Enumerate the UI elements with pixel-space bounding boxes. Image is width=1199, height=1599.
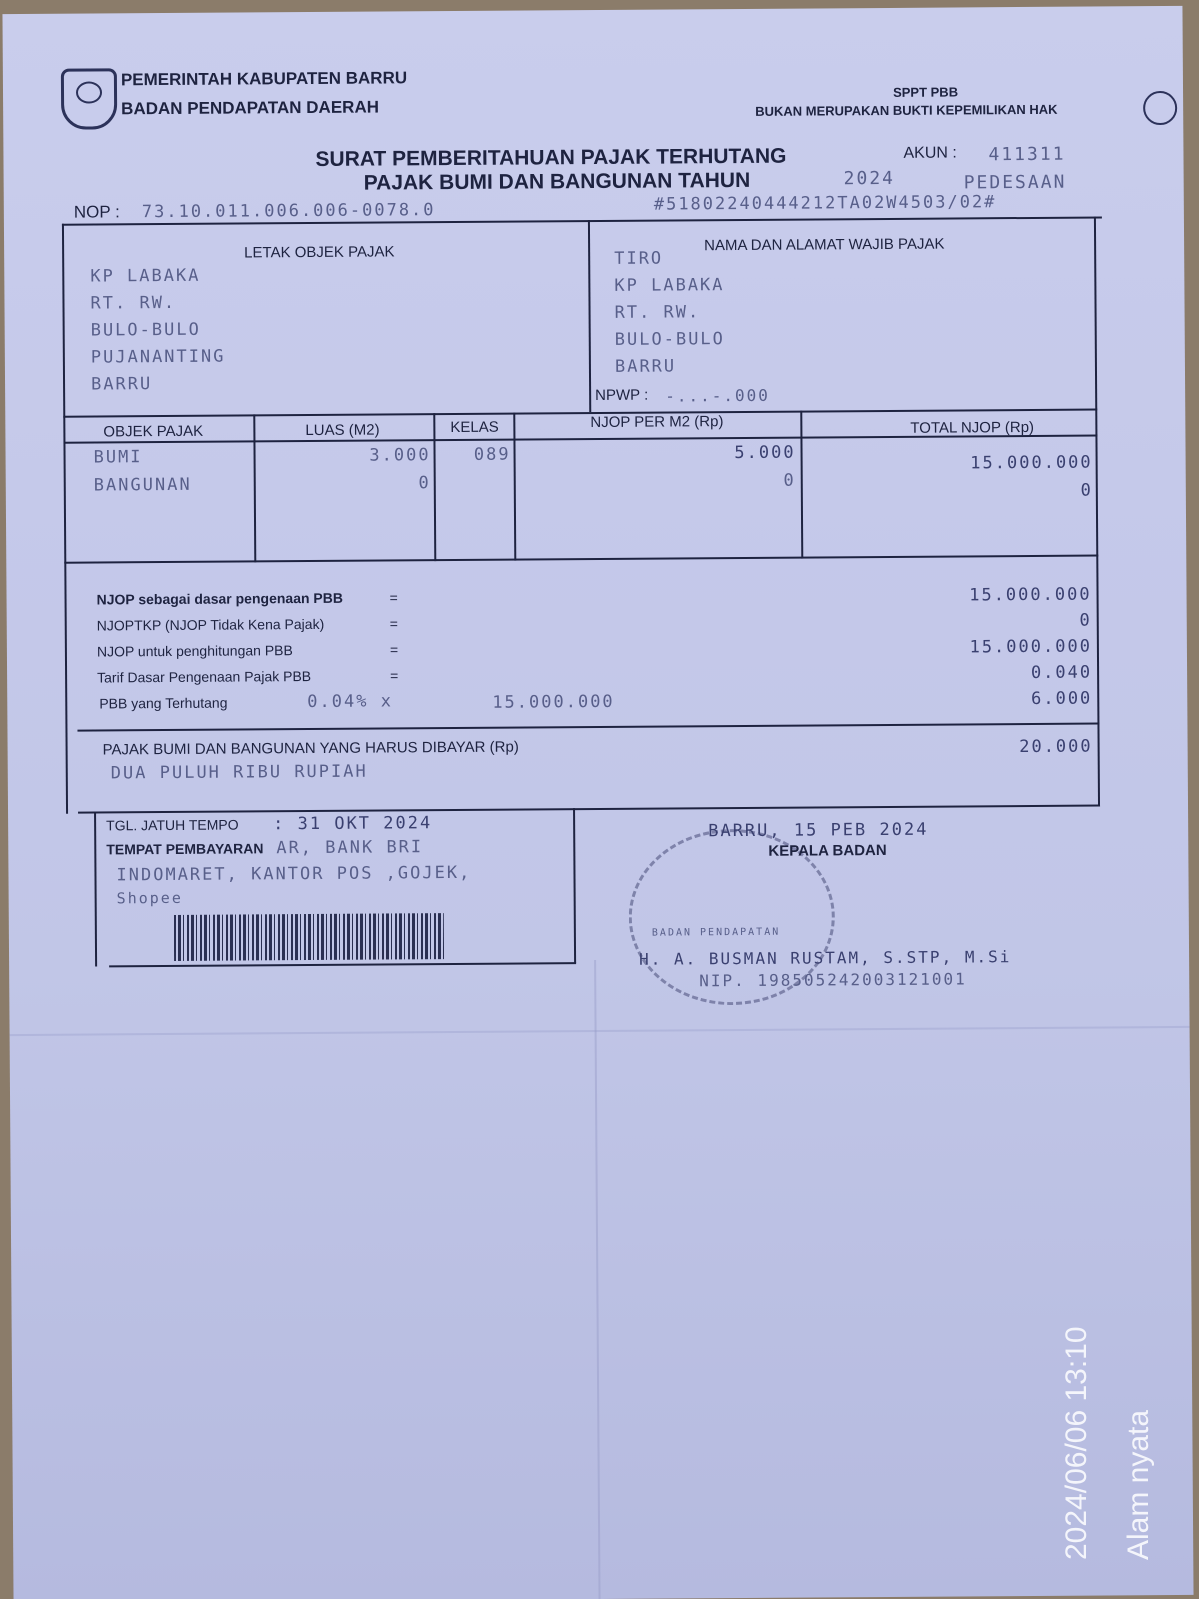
column-header-total-njop: TOTAL NJOP (Rp) xyxy=(910,419,1034,437)
reference-code: #51802240444212TA02W4503/02# xyxy=(654,192,997,214)
divider xyxy=(94,812,97,967)
calc-label: NJOPTKP (NJOP Tidak Kena Pajak) xyxy=(97,616,325,634)
location-line: RT. RW. xyxy=(90,290,225,318)
divider xyxy=(77,722,1099,731)
calc-label: PBB yang Terhutang xyxy=(99,695,227,712)
photo-caption: Alam nyata xyxy=(1122,1410,1156,1560)
row-njop-m2: 5.000 xyxy=(515,443,795,465)
pbb-base: 15.000.000 xyxy=(492,692,614,713)
payment-place-label: TEMPAT PEMBAYARAN xyxy=(106,840,263,857)
divider xyxy=(63,409,1097,418)
ownership-disclaimer: BUKAN MERUPAKAN BUKTI KEPEMILIKAN HAK xyxy=(755,102,1057,119)
npwp-label: NPWP : xyxy=(595,387,648,404)
due-date-value: : 31 OKT 2024 xyxy=(273,813,432,834)
location-line: PUJANANTING xyxy=(91,344,226,372)
calc-equals: = xyxy=(390,667,398,683)
location-heading: LETAK OBJEK PAJAK xyxy=(244,243,394,261)
divider xyxy=(573,808,576,963)
row-luas: 3.000 xyxy=(255,445,430,466)
barcode xyxy=(174,913,444,961)
divider xyxy=(588,220,591,412)
location-line: KP LABAKA xyxy=(90,263,225,291)
nop-label: NOP : xyxy=(74,202,120,222)
calc-value: 15.000.000 xyxy=(837,637,1092,659)
stamp-text: BADAN PENDAPATAN xyxy=(652,927,780,939)
location-line: BULO-BULO xyxy=(91,317,226,345)
calc-label: Tarif Dasar Pengenaan Pajak PBB xyxy=(97,668,311,685)
column-header-objek: OBJEK PAJAK xyxy=(103,423,203,441)
tax-year: 2024 xyxy=(844,168,896,189)
calc-value: 0.040 xyxy=(837,663,1092,685)
taxpayer-address: TIRO KP LABAKA RT. RW. BULO-BULO BARRU xyxy=(614,245,725,381)
pbb-rate: 0.04% x xyxy=(307,691,393,712)
registration-mark-icon xyxy=(1143,91,1177,125)
calculation-section: NJOP sebagai dasar pengenaan PBB NJOPTKP… xyxy=(2,6,1182,14)
divider xyxy=(109,962,576,967)
row-luas: 0 xyxy=(256,473,431,494)
row-total-njop: 15.000.000 xyxy=(803,453,1093,475)
calc-value: 15.000.000 xyxy=(836,585,1091,607)
taxpayer-line: BULO-BULO xyxy=(615,326,725,354)
table-row: BANGUNAN 0 0 0 xyxy=(2,6,1182,14)
row-kelas xyxy=(436,473,511,474)
taxpayer-line: BARRU xyxy=(615,353,725,381)
paper-fold-horizontal xyxy=(10,1026,1190,1036)
npwp-value: -...-.000 xyxy=(665,386,770,406)
payment-place-line: AR, BANK BRI xyxy=(276,837,423,858)
calc-label: NJOP sebagai dasar pengenaan PBB xyxy=(97,590,343,608)
akun-label: AKUN : xyxy=(903,144,956,162)
akun-value: 411311 xyxy=(988,144,1065,166)
location-address: KP LABAKA RT. RW. BULO-BULO PUJANANTING … xyxy=(90,263,226,399)
calc-equals: = xyxy=(390,615,398,631)
calc-value: 0 xyxy=(837,611,1092,633)
signature-place-date: BARRU, 15 PEB 2024 xyxy=(708,820,928,842)
signatory-name: H. A. BUSMAN RUSTAM, S.STP, M.Si xyxy=(639,947,1011,969)
nop-value: 73.10.011.006.006-0078.0 xyxy=(142,200,436,222)
divider xyxy=(62,224,68,814)
payment-place-line: INDOMARET, KANTOR POS ,GOJEK, xyxy=(116,863,471,885)
location-line: BARRU xyxy=(91,371,226,399)
tax-document-paper: PEMERINTAH KABUPATEN BARRU BADAN PENDAPA… xyxy=(2,6,1193,1599)
row-objek: BUMI xyxy=(93,447,142,467)
divider xyxy=(64,555,1098,564)
divider xyxy=(1094,217,1100,807)
signatory-nip: NIP. 198505242003121001 xyxy=(699,969,967,990)
regency-emblem-icon xyxy=(61,68,117,129)
document-type: SPPT PBB xyxy=(893,84,958,99)
row-objek: BANGUNAN xyxy=(94,475,192,496)
row-kelas: 089 xyxy=(435,445,510,466)
photo-timestamp: 2024/06/06 13:10 xyxy=(1060,1326,1094,1560)
calc-value: 6.000 xyxy=(837,689,1092,711)
taxpayer-line: KP LABAKA xyxy=(614,272,724,300)
column-header-luas: LUAS (M2) xyxy=(305,422,379,440)
payable-amount: 20.000 xyxy=(888,737,1093,758)
document-subtitle: PAJAK BUMI DAN BANGUNAN TAHUN xyxy=(364,169,751,196)
signatory-position: KEPALA BADAN xyxy=(768,842,886,860)
payment-place-line: Shopee xyxy=(117,889,183,907)
taxpayer-line: RT. RW. xyxy=(614,299,724,327)
row-njop-m2: 0 xyxy=(516,471,796,493)
payable-in-words: DUA PULUH RIBU RUPIAH xyxy=(111,762,368,784)
column-header-njop-m2: NJOP PER M2 (Rp) xyxy=(590,413,723,431)
taxpayer-name: TIRO xyxy=(614,245,724,273)
column-header-kelas: KELAS xyxy=(450,419,498,436)
payable-label: PAJAK BUMI DAN BANGUNAN YANG HARUS DIBAY… xyxy=(103,739,519,759)
divider xyxy=(433,413,436,561)
government-name: PEMERINTAH KABUPATEN BARRU xyxy=(121,68,407,90)
taxpayer-heading: NAMA DAN ALAMAT WAJIB PAJAK xyxy=(704,236,944,255)
document-title: SURAT PEMBERITAHUAN PAJAK TERHUTANG xyxy=(315,145,786,172)
due-date-label: TGL. JATUH TEMPO xyxy=(106,817,239,834)
calc-label: NJOP untuk penghitungan PBB xyxy=(97,642,293,659)
calc-equals: = xyxy=(389,589,397,605)
region-type: PEDESAAN xyxy=(964,172,1067,194)
divider xyxy=(78,804,1100,813)
table-row: BUMI 3.000 089 5.000 15.000.000 xyxy=(2,6,1182,14)
paper-fold-vertical xyxy=(594,960,600,1599)
calc-equals: = xyxy=(390,641,398,657)
row-total-njop: 0 xyxy=(803,481,1093,503)
agency-name: BADAN PENDAPATAN DAERAH xyxy=(121,98,379,120)
